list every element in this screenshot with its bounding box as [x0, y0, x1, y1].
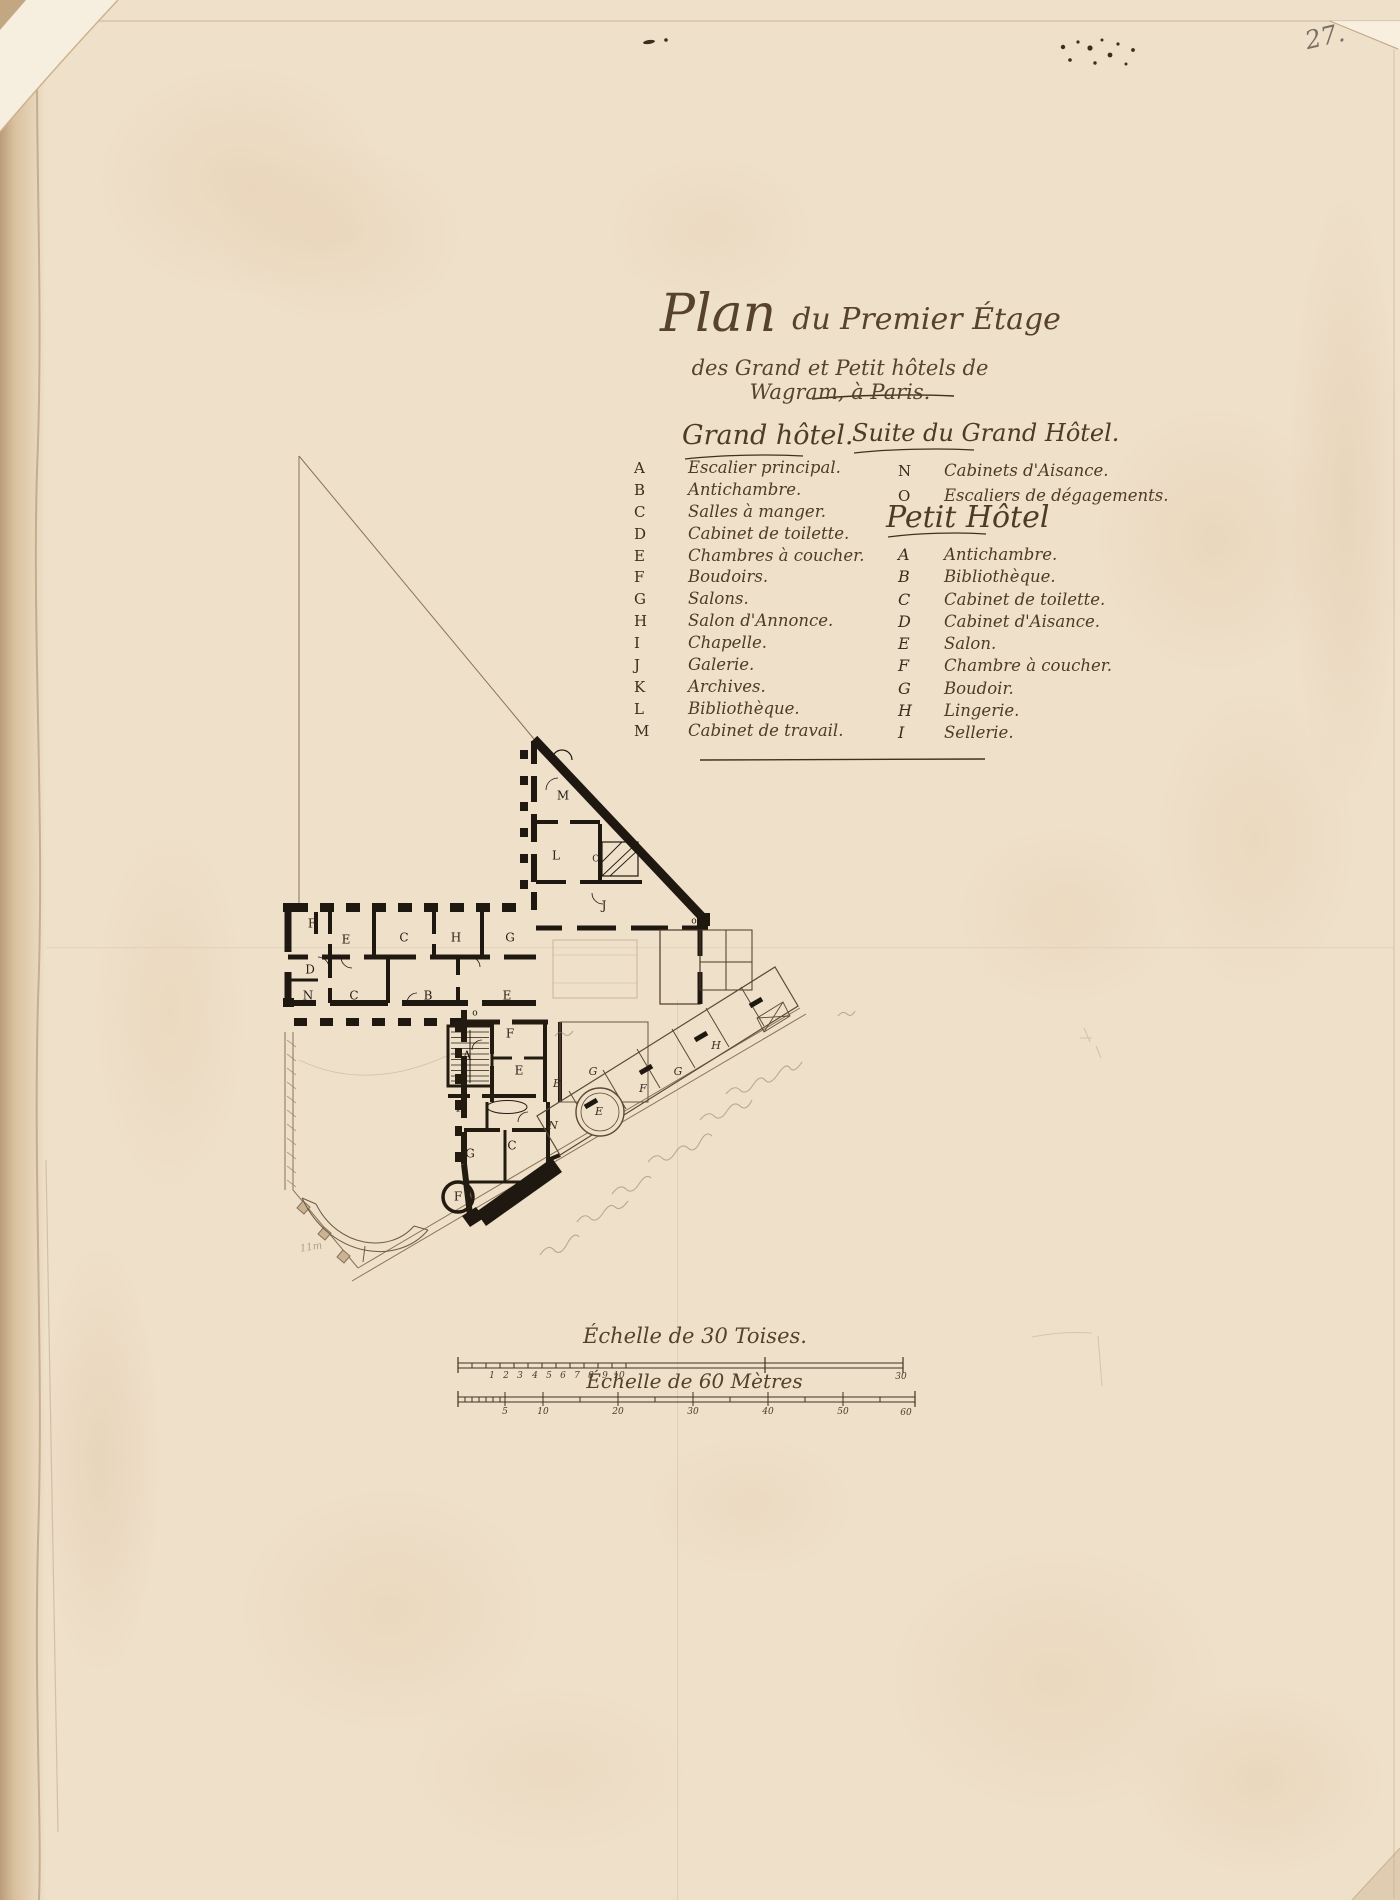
scale-caption-toises: Échelle de 30 Toises. [555, 1324, 835, 1348]
legend-item-key: F [898, 656, 944, 675]
room-label: O [592, 855, 599, 865]
scale-tick-label: 40 [762, 1407, 773, 1417]
legend-item-key: C [898, 590, 944, 609]
legend-item-key: E [898, 634, 944, 653]
legend-item: ESalon. [898, 634, 1112, 656]
scale-tick-label: 2 [503, 1371, 509, 1381]
stain [90, 60, 390, 300]
scale-caption-metres: Échelle de 60 Mètres [572, 1369, 817, 1393]
binding-edge [0, 0, 46, 1900]
legend-item-label: Chapelle. [688, 633, 767, 652]
room-label: B [553, 1077, 561, 1090]
legend-item: HLingerie. [898, 701, 1112, 723]
court-right-rooms [660, 930, 752, 1004]
legend-item: IChapelle. [634, 633, 865, 655]
legend-item-label: Salons. [688, 589, 749, 608]
legend-item: DCabinet d'Aisance. [898, 612, 1112, 634]
legend-item: JGalerie. [634, 655, 865, 677]
room-label: N [303, 988, 314, 1002]
room-label: B [424, 988, 433, 1002]
stain [1290, 200, 1400, 800]
legend-item-label: Bibliothèque. [944, 567, 1056, 586]
legend-item-key: M [634, 722, 688, 740]
folio-number: 27. [1302, 18, 1347, 55]
ink-spatter [643, 38, 1135, 65]
legend-item-label: Bibliothèque. [688, 699, 800, 718]
legend-header-suite: Suite du Grand Hôtel. [852, 419, 1119, 447]
stain [210, 140, 470, 330]
legend-item: GBoudoir. [898, 679, 1112, 701]
legend-grand-hotel: AEscalier principal.BAntichambre.CSalles… [634, 458, 865, 743]
legend-item-label: Chambres à coucher. [688, 546, 865, 565]
room-label: o [472, 1009, 477, 1019]
garden-terrace [299, 1052, 455, 1262]
room-label: E [515, 1063, 524, 1077]
room-label: J [602, 898, 607, 912]
room-label: H [711, 1039, 721, 1052]
room-label: D [305, 962, 315, 976]
legend-item-label: Sellerie. [944, 723, 1014, 742]
stain [1090, 400, 1340, 680]
legend-item-key: D [898, 612, 944, 631]
scale-tick-label: 5 [546, 1371, 552, 1381]
stain [1150, 680, 1360, 1000]
legend-item-label: Chambre à coucher. [944, 656, 1112, 675]
room-label: C [399, 930, 408, 944]
legend-item-label: Cabinets d'Aisance. [944, 461, 1109, 480]
legend-item-label: Boudoir. [944, 679, 1014, 698]
stain [880, 1540, 1230, 1820]
legend-item-key: J [634, 656, 688, 674]
horizontal-crease [46, 947, 1394, 949]
legend-item: EChambres à coucher. [634, 546, 865, 568]
legend-item-label: Cabinet de toilette. [944, 590, 1105, 609]
legend-item: CCabinet de toilette. [898, 590, 1112, 612]
legend-item-key: G [898, 679, 944, 698]
room-label: N [548, 1119, 558, 1132]
legend-item-label: Cabinet de toilette. [688, 524, 849, 543]
room-label: C [507, 1138, 516, 1152]
room-label: M [557, 788, 569, 802]
room-label: F [308, 916, 316, 930]
legend-item-key: G [634, 590, 688, 608]
plan-title: Plan du Premier Étage [660, 288, 1061, 340]
title-lead-word: Plan [660, 288, 776, 340]
legend-item: DCabinet de toilette. [634, 524, 865, 546]
legend-item-key: E [634, 547, 688, 565]
room-label: G [589, 1065, 598, 1078]
legend-item-label: Archives. [688, 677, 766, 696]
room-label: A [463, 1048, 472, 1062]
scale-tick-label: 10 [613, 1371, 624, 1381]
vertical-crease [677, 1000, 679, 1900]
stain [90, 820, 250, 1200]
legend-item-label: Galerie. [688, 655, 754, 674]
legend-item: KArchives. [634, 677, 865, 699]
room-label: F [639, 1082, 647, 1095]
legend-item-key: C [634, 503, 688, 521]
room-label: E [342, 932, 351, 946]
legend-item: CSalles à manger. [634, 502, 865, 524]
legend-item: FChambre à coucher. [898, 656, 1112, 678]
legend-item: AEscalier principal. [634, 458, 865, 480]
legend-item-key: F [634, 568, 688, 586]
room-label: H [451, 930, 461, 944]
legend-item: FBoudoirs. [634, 567, 865, 589]
legend-item-label: Escalier principal. [688, 458, 841, 477]
stain [40, 1250, 160, 1670]
legend-item-label: Salles à manger. [688, 502, 826, 521]
title-line2: des Grand et Petit hôtels de Wagram, à P… [680, 356, 1000, 404]
legend-item-key: I [634, 634, 688, 652]
legend-item-label: Cabinet de travail. [688, 721, 843, 740]
stain [400, 1680, 700, 1860]
legend-item-label: Antichambre. [944, 545, 1057, 564]
grand-hotel-block [520, 739, 710, 928]
room-label: C [349, 988, 358, 1002]
room-label: E [595, 1105, 603, 1118]
scale-tick-label: 3 [517, 1371, 523, 1381]
legend-item-key: H [634, 612, 688, 630]
legend-item-key: B [634, 481, 688, 499]
scale-end-label: 60 [900, 1408, 911, 1418]
legend-item: HSalon d'Annonce. [634, 611, 865, 633]
stain [1130, 1680, 1390, 1880]
legend-item-key: I [898, 723, 944, 742]
stain [950, 820, 1180, 1010]
scale-tick-label: 10 [537, 1407, 548, 1417]
stain [230, 1480, 550, 1740]
pencil-annotation: 11m [299, 1240, 323, 1254]
legend-item-key: H [898, 701, 944, 720]
service-wing [537, 967, 798, 1155]
legend-header-petit-hotel: Petit Hôtel [886, 500, 1049, 535]
legend-item: AAntichambre. [898, 545, 1112, 567]
room-label: G [674, 1065, 683, 1078]
room-label: L [552, 848, 560, 862]
scale-tick-label: 30 [687, 1407, 698, 1417]
scale-tick-label: 7 [574, 1371, 580, 1381]
scale-tick-label: 9 [602, 1371, 608, 1381]
scanned-document-page: 27. Plan du Premier Étage des Grand et P… [0, 0, 1400, 1900]
legend-item-key: K [634, 678, 688, 696]
legend-item: GSalons. [634, 589, 865, 611]
legend-petit-hotel: AAntichambre.BBibliothèque.CCabinet de t… [898, 545, 1112, 746]
room-label: F [454, 1189, 462, 1203]
title-rest: du Premier Étage [792, 305, 1061, 340]
room-label: o [691, 917, 696, 927]
legend-item: LBibliothèque. [634, 699, 865, 721]
legend-item-key: L [634, 700, 688, 718]
legend-item-label: Antichambre. [688, 480, 801, 499]
legend-item-key: A [898, 545, 944, 564]
legend-item-key: B [898, 567, 944, 586]
room-label: G [465, 1146, 475, 1160]
left-wing [283, 903, 536, 1026]
legend-item: BAntichambre. [634, 480, 865, 502]
legend-item-label: Boudoirs. [688, 567, 768, 586]
legend-item: NCabinets d'Aisance. [898, 461, 1169, 486]
scale-tick-label: 6 [560, 1371, 566, 1381]
legend-item: BBibliothèque. [898, 567, 1112, 589]
legend-item-label: Salon d'Annonce. [688, 611, 833, 630]
scale-tick-label: 4 [532, 1371, 538, 1381]
legend-header-grand-hotel: Grand hôtel. [682, 420, 854, 451]
legend-item: ISellerie. [898, 723, 1112, 745]
legend-item-label: Cabinet d'Aisance. [944, 612, 1100, 631]
legend-item: MCabinet de travail. [634, 721, 865, 743]
legend-item-label: Salon. [944, 634, 996, 653]
scale-bar-metres [458, 1391, 915, 1407]
scale-tick-label: 8 [588, 1371, 594, 1381]
scale-tick-label: 1 [489, 1371, 495, 1381]
legend-item-key: D [634, 525, 688, 543]
legend-item-label: Lingerie. [944, 701, 1019, 720]
room-label: F [506, 1026, 514, 1040]
legend-item-key: A [634, 459, 688, 477]
stain [640, 1430, 860, 1580]
central-block [443, 1010, 648, 1227]
scale-tick-label: 50 [837, 1407, 848, 1417]
scale-tick-label: 5 [502, 1407, 508, 1417]
room-label: I [456, 1100, 461, 1114]
scale-end-label: 30 [895, 1372, 906, 1382]
room-label: G [505, 930, 515, 944]
scale-tick-label: 20 [612, 1407, 623, 1417]
legend-item-key: N [898, 462, 944, 480]
room-label: E [503, 988, 512, 1002]
